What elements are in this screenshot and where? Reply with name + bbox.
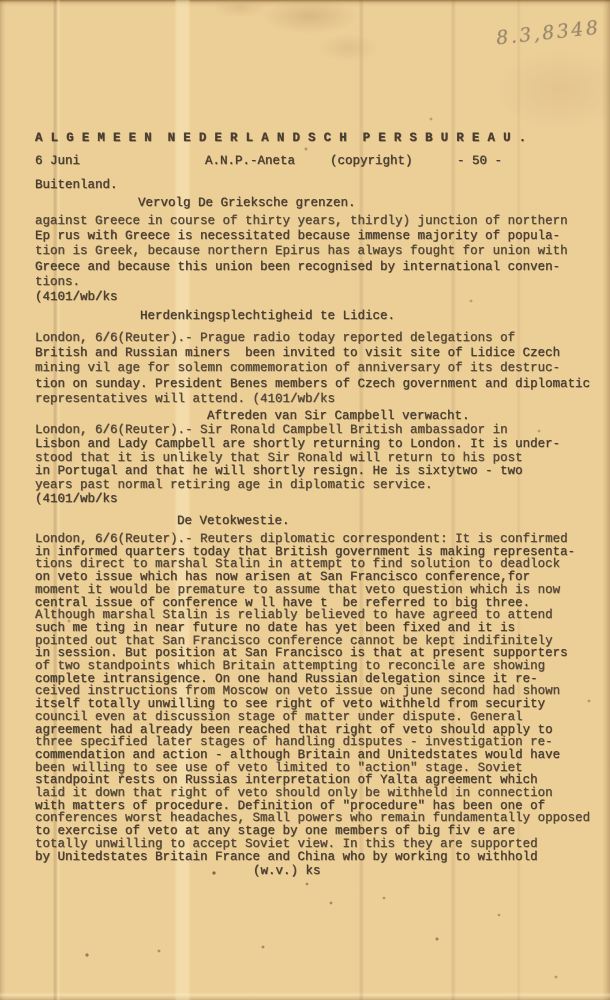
text-line: British and Russian miners been invited … — [35, 346, 590, 361]
text-line: been willing to see use of veto limited … — [35, 762, 590, 775]
text-line: pointed out that San Francisco conferenc… — [35, 635, 590, 648]
article-body: London, 6/6(Reuter).- Reuters diplomatic… — [35, 533, 590, 863]
text-line: council even at discussion stage of matt… — [35, 711, 590, 724]
text-line: representatives will attend. (4101/wb/ks — [35, 392, 590, 407]
article-body: London, 6/6(Reuter).- Sir Ronald Campbel… — [35, 424, 560, 507]
text-line: commendation and action - although Brita… — [35, 749, 590, 762]
paper-specks — [0, 0, 2, 2]
text-line: laid it down that right of veto should o… — [35, 787, 590, 800]
text-line: by Unitedstates Britain France and China… — [35, 851, 590, 864]
masthead-line: 6 Juni A.N.P.-Aneta (copyright) - 50 - — [0, 154, 610, 169]
text-line: stood that it is unlikely that Sir Ronal… — [35, 452, 560, 466]
closing-sign-off: (w.v.) ks — [253, 864, 321, 878]
text-line: (4101/wb/ks — [35, 290, 568, 305]
agency-credit: A.N.P.-Aneta — [205, 154, 295, 168]
text-line: itself totally unwilling to see right of… — [35, 698, 590, 711]
text-line: on veto issue which has now arisen at Sa… — [35, 571, 590, 584]
text-line: Lisbon and Lady Campbell are shortly ret… — [35, 438, 560, 452]
text-line: to exercise of veto at any stage by one … — [35, 825, 590, 838]
text-line: mining vil age for solemn commemoration … — [35, 361, 590, 376]
text-line: tion is Greek, because northern Epirus h… — [35, 244, 568, 259]
text-line: Greece and because this union been recog… — [35, 260, 568, 275]
text-line: (4101/wb/ks — [35, 493, 560, 507]
text-line: London, 6/6(Reuter).- Sir Ronald Campbel… — [35, 424, 560, 438]
text-line: such me ting in near future no date has … — [35, 622, 590, 635]
copyright-label: (copyright) — [330, 154, 413, 168]
text-line: conferences worst headaches, Small power… — [35, 812, 590, 825]
text-line: of two standpoints which Britain attempt… — [35, 660, 590, 673]
text-line: tions direct to marshal Stalin in attemp… — [35, 558, 590, 571]
text-line: in Portugal and that he will shortly res… — [35, 465, 560, 479]
article-heading: Herdenkingsplechtigheid te Lidice. — [140, 309, 395, 323]
text-line: totally unwilling to accept Soviet view.… — [35, 838, 590, 851]
issue-number: - 50 - — [457, 154, 502, 168]
text-line: tions. — [35, 275, 568, 290]
text-line: moment it would be premature to assume t… — [35, 584, 590, 597]
issue-date: 6 Juni — [35, 154, 80, 168]
text-line: London, 6/6(Reuter).- Prague radio today… — [35, 331, 590, 346]
text-line: London, 6/6(Reuter).- Reuters diplomatic… — [35, 533, 590, 546]
text-line: three specified later stages of handling… — [35, 736, 590, 749]
article-body: against Greece in course of thirty years… — [35, 214, 568, 305]
text-line: Ep rus with Greece is necessitated becau… — [35, 229, 568, 244]
agency-name: A L G E M E E N N E D E R L A N D S C H … — [35, 131, 526, 145]
article-heading: Vervolg De Grieksche grenzen. — [138, 196, 356, 210]
text-line: tion on sunday. President Benes members … — [35, 377, 590, 392]
text-line: against Greece in course of thirty years… — [35, 214, 568, 229]
text-line: years past normal retiring age in diplom… — [35, 479, 560, 493]
article-heading: De Vetokwestie. — [177, 514, 290, 528]
text-line: ceived instructions from Moscow on veto … — [35, 685, 590, 698]
telegram-sheet: 8.3,8348 A L G E M E E N N E D E R L A N… — [0, 0, 610, 1000]
article-body: London, 6/6(Reuter).- Prague radio today… — [35, 331, 590, 407]
section-label: Buitenland. — [35, 178, 118, 192]
article-heading: Aftreden van Sir Campbell verwacht. — [207, 409, 470, 423]
handwritten-number: 8.3,8348 — [495, 17, 601, 50]
text-line: Although marshal Stalin is reliably beli… — [35, 609, 590, 622]
